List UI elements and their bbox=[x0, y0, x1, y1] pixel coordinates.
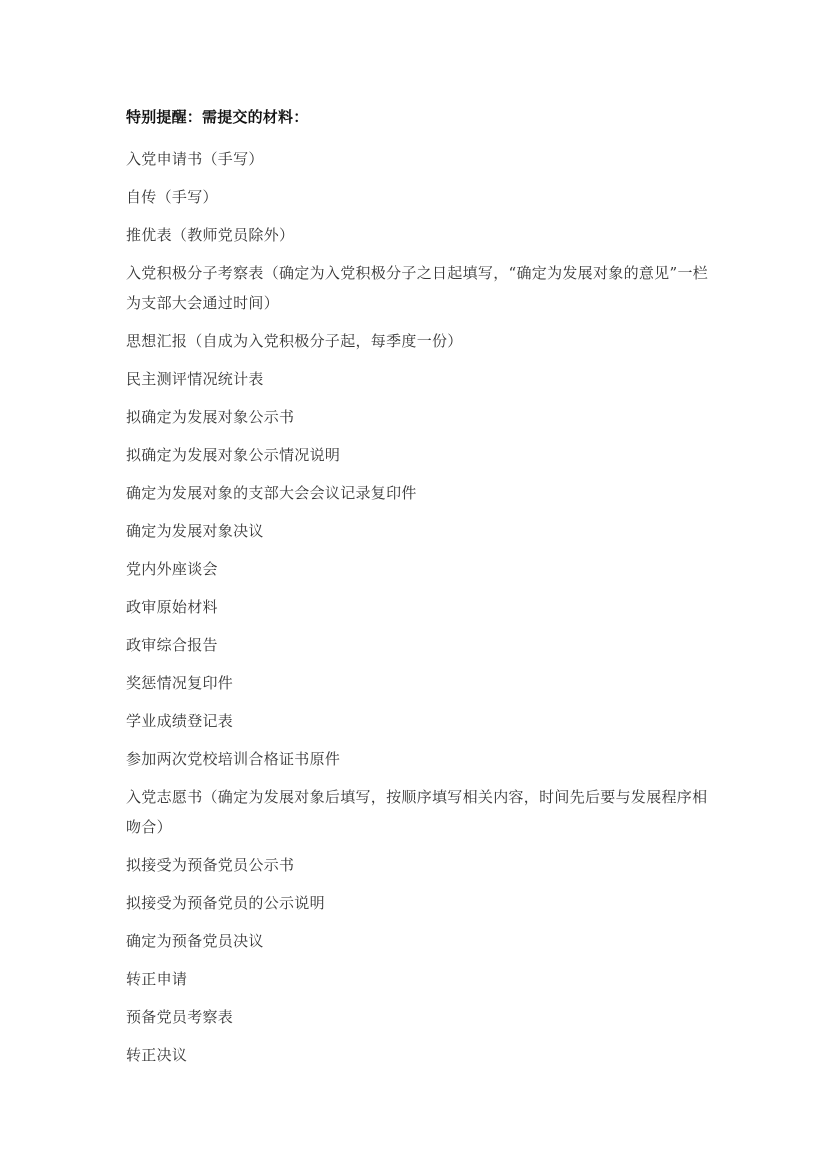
material-item: 学业成绩登记表 bbox=[126, 706, 716, 736]
document-page: 特别提醒：需提交的材料： 入党申请书（手写） 自传（手写） 推优表（教师党员除外… bbox=[126, 106, 716, 1078]
material-item: 确定为发展对象的支部大会会议记录复印件 bbox=[126, 478, 716, 508]
material-item: 拟确定为发展对象公示书 bbox=[126, 402, 716, 432]
material-item: 政审原始材料 bbox=[126, 592, 716, 622]
material-item: 推优表（教师党员除外） bbox=[126, 220, 716, 250]
material-item: 确定为预备党员决议 bbox=[126, 926, 716, 956]
material-item: 政审综合报告 bbox=[126, 630, 716, 660]
material-item: 转正申请 bbox=[126, 964, 716, 994]
material-item: 拟接受为预备党员公示书 bbox=[126, 850, 716, 880]
material-item: 确定为发展对象决议 bbox=[126, 516, 716, 546]
material-item: 参加两次党校培训合格证书原件 bbox=[126, 744, 716, 774]
material-item: 入党志愿书（确定为发展对象后填写，按顺序填写相关内容，时间先后要与发展程序相吻合… bbox=[126, 782, 716, 842]
material-item: 预备党员考察表 bbox=[126, 1002, 716, 1032]
material-item: 拟接受为预备党员的公示说明 bbox=[126, 888, 716, 918]
materials-list: 入党申请书（手写） 自传（手写） 推优表（教师党员除外） 入党积极分子考察表（确… bbox=[126, 144, 716, 1070]
material-item: 拟确定为发展对象公示情况说明 bbox=[126, 440, 716, 470]
material-item: 入党申请书（手写） bbox=[126, 144, 716, 174]
material-item: 民主测评情况统计表 bbox=[126, 364, 716, 394]
material-item: 转正决议 bbox=[126, 1040, 716, 1070]
reminder-heading: 特别提醒：需提交的材料： bbox=[126, 106, 716, 128]
material-item: 入党积极分子考察表（确定为入党积极分子之日起填写，“确定为发展对象的意见”一栏为… bbox=[126, 258, 716, 318]
material-item: 自传（手写） bbox=[126, 182, 716, 212]
material-item: 奖惩情况复印件 bbox=[126, 668, 716, 698]
material-item: 思想汇报（自成为入党积极分子起，每季度一份） bbox=[126, 326, 716, 356]
material-item: 党内外座谈会 bbox=[126, 554, 716, 584]
